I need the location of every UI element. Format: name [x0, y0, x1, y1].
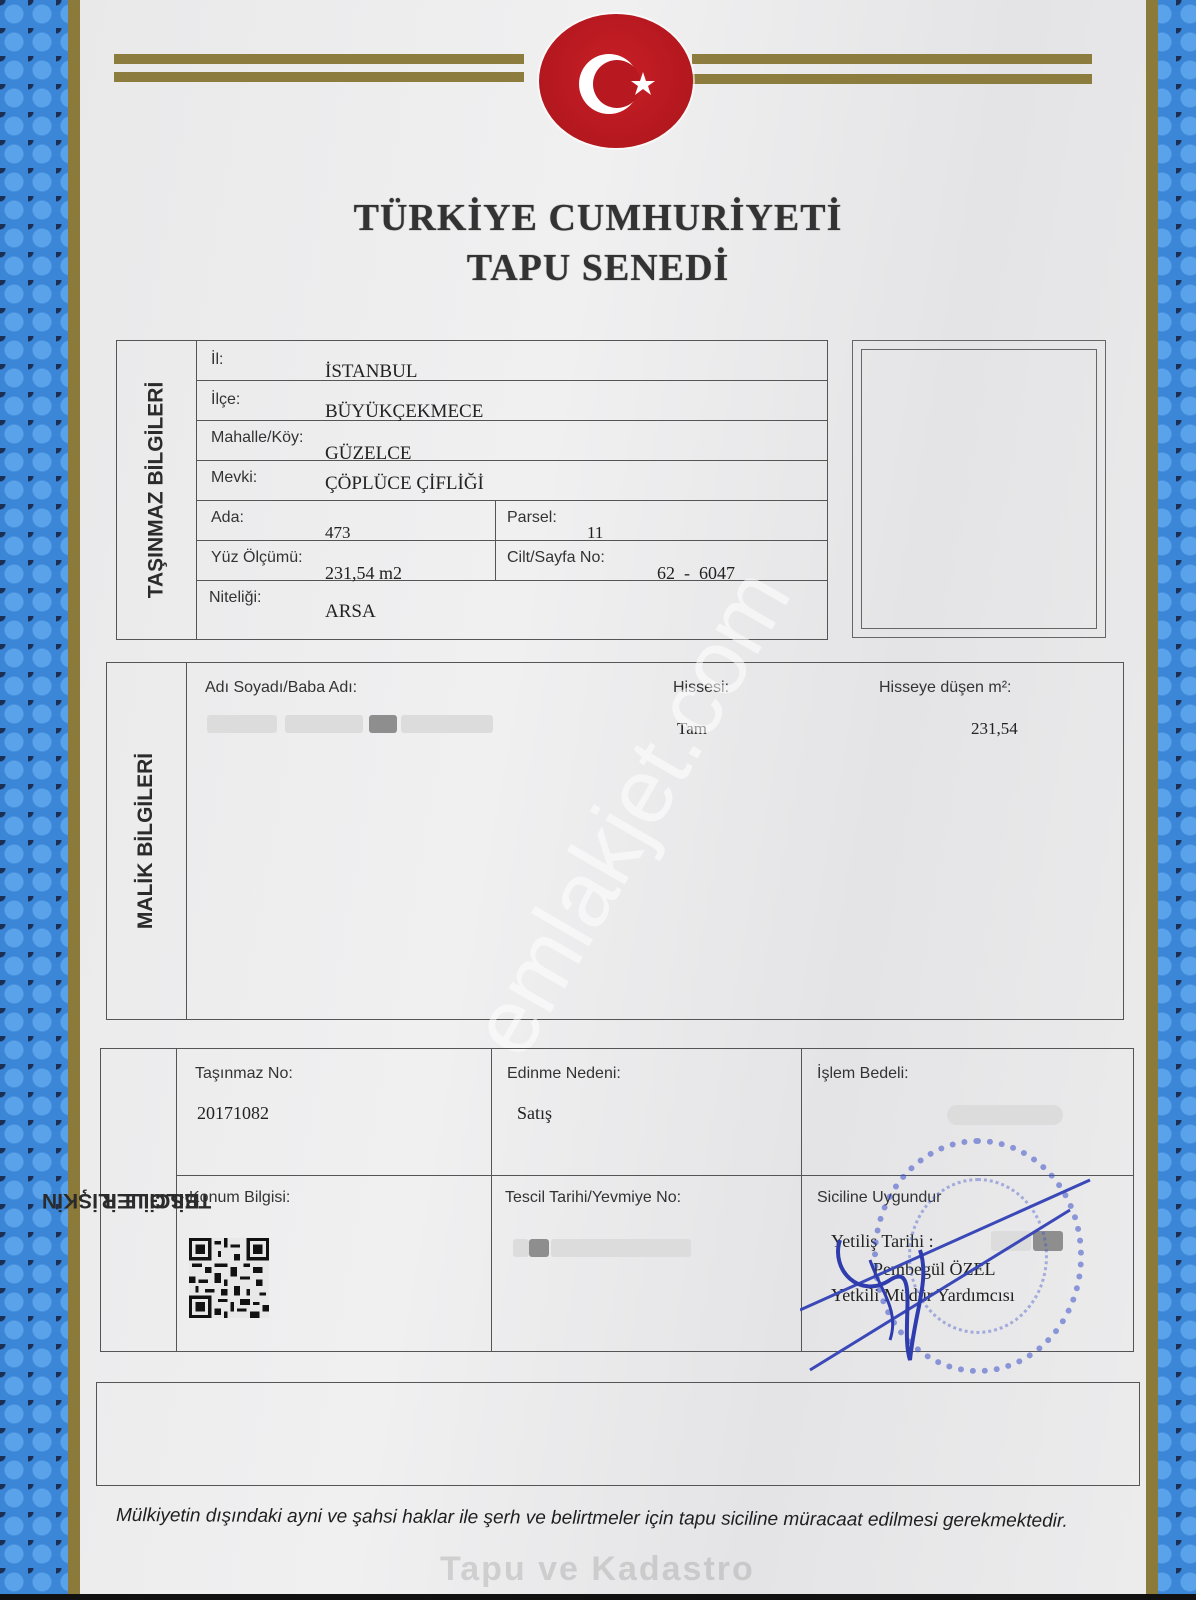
- redacted-owner-name: [401, 715, 493, 733]
- acquisition-reason-value: Satış: [517, 1103, 552, 1124]
- share-m2-label: Hisseye düşen m²:: [879, 679, 1012, 697]
- ada-value: 473: [325, 523, 351, 543]
- crescent-star-icon: [539, 14, 693, 148]
- location-info-label: Konum Bilgisi:: [189, 1189, 290, 1207]
- property-no-value: 20171082: [197, 1103, 269, 1124]
- registration-section-label: TESCİLE İLİŞKİNBİLGİLER: [101, 1049, 177, 1351]
- redacted-transaction-value: [947, 1105, 1063, 1125]
- redacted-owner-name: [285, 715, 363, 733]
- transaction-value-label: İşlem Bedeli:: [817, 1065, 909, 1083]
- signature: [800, 1160, 1100, 1380]
- mevki-value: ÇÖPLÜCE ÇİFLİĞİ: [325, 473, 484, 495]
- share-m2-value: 231,54: [971, 719, 1018, 739]
- niteligi-value: ARSA: [325, 601, 376, 623]
- il-value: İSTANBUL: [325, 361, 417, 383]
- row-ada-parsel: Ada: 473 Parsel: 11: [197, 501, 827, 541]
- row-mahalle: Mahalle/Köy: GÜZELCE: [197, 421, 827, 461]
- ilce-value: BÜYÜKÇEKMECE: [325, 401, 483, 423]
- redacted-registration-date: [529, 1239, 549, 1257]
- property-section-label: TAŞINMAZ BİLGİLERİ: [117, 341, 197, 639]
- photo-frame: [852, 340, 1106, 638]
- annotation-box: [96, 1382, 1140, 1486]
- acquisition-reason-label: Edinme Nedeni:: [507, 1065, 621, 1083]
- photo-placeholder: [861, 349, 1097, 629]
- row-ilce: İlçe: BÜYÜKÇEKMECE: [197, 381, 827, 421]
- redacted-registration-date: [513, 1239, 529, 1257]
- gold-bar-right-bottom: [692, 74, 1092, 84]
- registration-col-divider-1: [491, 1049, 492, 1351]
- gold-bar-left-top: [114, 54, 524, 64]
- ghost-text: Tapu ve Kadastro: [440, 1550, 755, 1589]
- redacted-registration-date: [551, 1239, 691, 1257]
- country-title: TÜRKİYE CUMHURİYETİ: [0, 196, 1196, 240]
- redacted-owner-name: [207, 715, 277, 733]
- ada-parsel-divider: [495, 501, 496, 581]
- qr-code-icon[interactable]: [189, 1235, 269, 1321]
- redacted-owner-name: [369, 715, 397, 733]
- row-il: İl: İSTANBUL: [197, 341, 827, 381]
- bottom-edge: [0, 1594, 1196, 1600]
- registration-date-label: Tescil Tarihi/Yevmiye No:: [505, 1189, 681, 1207]
- gold-bar-left-bottom: [114, 72, 524, 82]
- property-no-label: Taşınmaz No:: [195, 1065, 293, 1083]
- parsel-value: 11: [587, 523, 603, 543]
- row-mevki: Mevki: ÇÖPLÜCE ÇİFLİĞİ: [197, 461, 827, 501]
- owner-name-label: Adı Soyadı/Baba Adı:: [205, 679, 357, 697]
- gold-bar-right-top: [692, 54, 1092, 64]
- document-title: TAPU SENEDİ: [0, 246, 1196, 290]
- owner-section-label: MALİK BİLGİLERİ: [107, 663, 187, 1019]
